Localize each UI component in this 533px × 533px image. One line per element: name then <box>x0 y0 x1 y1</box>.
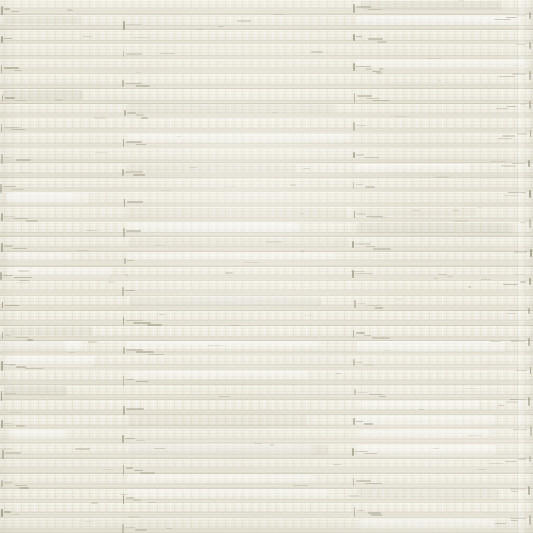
dull-pile-patch <box>125 208 347 218</box>
stitch-running-thread <box>11 189 24 190</box>
chenille-pile-band <box>0 355 533 363</box>
slub-thread <box>336 373 341 374</box>
fabric-rib-row <box>0 30 533 45</box>
slub-thread <box>273 14 284 15</box>
stitch-running-thread <box>134 470 143 471</box>
slub-thread <box>438 80 441 81</box>
slub-thread <box>166 528 171 529</box>
stitch-running-thread <box>4 67 19 68</box>
slub-thread <box>299 213 304 214</box>
stitch-running-thread <box>357 392 368 393</box>
slub-thread <box>435 473 439 474</box>
stitch-mark <box>1 36 3 44</box>
fabric-rib-row <box>0 252 533 267</box>
stitch-mark <box>124 199 126 207</box>
stitch-running-thread <box>148 354 164 355</box>
fabric-rib-row <box>0 267 533 282</box>
stitch-running-thread <box>502 135 515 136</box>
stitch-running-thread <box>136 144 146 145</box>
stitch-running-thread <box>4 8 10 9</box>
stitch-running-thread <box>136 351 154 352</box>
stitch-running-thread <box>356 362 362 363</box>
stitch-running-thread <box>4 127 20 128</box>
stitch-running-thread <box>125 83 142 84</box>
stitch-mark <box>2 332 4 339</box>
slub-thread <box>290 184 297 186</box>
stitch-running-thread <box>14 277 32 278</box>
stitch-running-thread <box>126 379 134 380</box>
fabric-rib-row <box>0 503 533 518</box>
bright-pile-patch <box>130 371 306 379</box>
slub-thread <box>76 250 89 251</box>
chenille-pile-band <box>0 74 533 84</box>
slub-thread <box>244 262 259 263</box>
stitch-running-thread <box>11 11 18 12</box>
stitch-running-thread <box>366 216 383 217</box>
slub-thread <box>160 53 176 54</box>
stitch-mark <box>123 465 125 475</box>
slub-thread <box>481 279 491 280</box>
stitch-running-thread <box>126 53 143 54</box>
stitch-mark <box>354 507 356 517</box>
slub-thread <box>468 435 482 436</box>
stitch-running-thread <box>364 453 377 454</box>
bright-pile-patch <box>357 415 494 426</box>
bright-pile-patch <box>4 356 94 367</box>
stitch-running-thread <box>26 220 38 221</box>
stitch-running-thread <box>125 438 135 439</box>
stitch-running-thread <box>126 24 142 25</box>
dull-pile-patch <box>128 415 307 426</box>
slub-thread <box>434 278 439 279</box>
chenille-pile-band <box>0 0 533 8</box>
slub-thread <box>208 345 224 346</box>
chenille-pile-band <box>0 444 533 453</box>
stitch-mark <box>1 154 3 164</box>
chenille-pile-band <box>0 415 533 426</box>
stitch-running-thread <box>357 303 366 304</box>
stitch-mark <box>354 93 356 103</box>
slub-thread <box>75 448 90 450</box>
stitch-running-thread <box>19 280 30 281</box>
stitch-mark <box>0 184 2 193</box>
fabric-rib-row <box>0 429 533 444</box>
slub-thread <box>438 274 447 275</box>
slub-thread <box>154 448 165 449</box>
stitch-running-thread <box>148 502 156 503</box>
slub-thread <box>333 464 341 465</box>
stitch-running-thread <box>136 85 150 86</box>
chenille-pile-band <box>0 133 533 142</box>
bright-pile-patch <box>357 341 505 352</box>
stitch-mark <box>353 34 355 41</box>
stitch-running-thread <box>126 320 143 321</box>
stitch-mark <box>123 139 125 146</box>
chenille-pile-band <box>0 192 533 203</box>
bright-pile-patch <box>127 445 313 455</box>
bright-pile-patch <box>128 134 349 143</box>
stitch-running-thread <box>373 100 389 101</box>
chenille-pile-band <box>0 459 533 467</box>
stitch-running-thread <box>3 275 13 276</box>
chenille-pile-band <box>0 326 533 336</box>
slub-thread <box>84 521 93 522</box>
stitch-mark <box>530 367 532 374</box>
fabric-rib-row <box>0 222 533 237</box>
stitch-running-thread <box>126 408 144 409</box>
slub-thread <box>218 26 223 27</box>
slub-thread <box>103 469 115 470</box>
stitch-running-thread <box>15 337 29 338</box>
bright-pile-patch <box>356 16 519 26</box>
stitch-running-thread <box>506 17 517 18</box>
stitch-mark <box>529 190 531 198</box>
fabric-swatch-photo <box>0 0 533 533</box>
dull-pile-patch <box>129 297 320 306</box>
stitch-running-thread <box>4 423 12 424</box>
chenille-pile-band <box>0 385 533 394</box>
dull-pile-patch <box>361 1 502 11</box>
slub-thread <box>395 116 408 117</box>
slub-thread <box>69 352 74 353</box>
slub-thread <box>94 117 105 119</box>
dull-pile-patch <box>5 16 81 24</box>
stitch-running-thread <box>364 335 371 336</box>
chenille-pile-band <box>0 267 533 276</box>
dull-pile-patch <box>356 489 500 497</box>
stitch-running-thread <box>136 114 143 115</box>
fabric-rib-row <box>0 59 533 74</box>
bright-pile-patch <box>127 475 314 484</box>
dull-pile-patch <box>4 386 67 396</box>
stitch-running-thread <box>372 337 390 338</box>
stitch-running-thread <box>11 129 25 130</box>
slub-thread <box>301 250 305 251</box>
dull-pile-patch <box>128 238 348 247</box>
bright-pile-patch <box>356 60 527 69</box>
slub-thread <box>153 245 165 246</box>
slub-thread <box>270 444 274 446</box>
chenille-pile-band <box>0 44 533 54</box>
stitch-mark <box>2 95 4 101</box>
fabric-rib-row <box>0 459 533 474</box>
slub-thread <box>197 29 204 30</box>
stitch-mark <box>353 359 355 366</box>
slub-thread <box>134 37 150 38</box>
slub-thread <box>9 365 16 366</box>
stitch-running-thread <box>126 230 141 231</box>
stitch-running-thread <box>127 112 136 113</box>
stitch-running-thread <box>499 76 514 77</box>
fabric-rib-row <box>0 133 533 148</box>
stitch-running-thread <box>133 174 145 175</box>
chenille-pile-band <box>0 281 533 290</box>
stitch-mark <box>354 211 356 218</box>
stitch-running-thread <box>141 117 148 118</box>
stitch-mark <box>1 391 3 401</box>
fabric-rib-row <box>0 74 533 89</box>
stitch-mark <box>528 308 530 314</box>
stitch-running-thread <box>356 421 362 422</box>
stitch-mark <box>529 12 531 19</box>
stitch-running-thread <box>356 66 371 67</box>
slub-thread <box>67 9 73 11</box>
stitch-mark <box>123 495 125 505</box>
slub-thread <box>254 443 262 444</box>
slub-thread <box>293 485 308 486</box>
bright-pile-patch <box>127 341 321 349</box>
chenille-pile-band <box>0 237 533 246</box>
slub-thread <box>348 495 358 497</box>
slub-thread <box>272 112 277 113</box>
dull-pile-patch <box>128 445 327 455</box>
fabric-rib-row <box>0 0 533 15</box>
stitch-mark <box>353 122 355 131</box>
stitch-mark <box>352 241 354 248</box>
slub-thread <box>490 341 501 342</box>
slub-thread <box>217 62 223 63</box>
lighting-sheen-layer <box>0 0 533 533</box>
dull-pile-patch <box>126 104 335 112</box>
chenille-pile-band <box>0 148 533 159</box>
stitch-mark <box>528 160 530 167</box>
stitch-mark <box>123 406 125 415</box>
stitch-running-thread <box>375 307 383 308</box>
stitch-mark <box>529 515 531 525</box>
stitch-mark <box>529 456 531 462</box>
chenille-pile-band <box>0 311 533 320</box>
fabric-rib-row <box>0 326 533 341</box>
chenille-pile-band <box>0 30 533 41</box>
slub-thread <box>120 494 129 495</box>
stitch-running-thread <box>356 125 367 126</box>
stitch-running-thread <box>16 159 32 160</box>
slub-thread <box>1 425 14 426</box>
stitch-running-thread <box>368 512 381 513</box>
stitch-running-thread <box>355 243 371 244</box>
dull-pile-patch <box>126 164 296 172</box>
slub-threads-layer <box>0 0 533 533</box>
stitch-mark <box>530 426 532 435</box>
stitch-running-thread <box>498 405 505 406</box>
slub-thread <box>83 36 92 37</box>
stitch-running-thread <box>140 472 155 473</box>
slub-thread <box>16 282 30 283</box>
stitch-mark <box>123 376 125 385</box>
stitch-running-thread <box>15 100 26 101</box>
stitch-running-thread <box>133 322 151 323</box>
fabric-rib-row <box>0 118 533 133</box>
stitch-mark <box>529 219 531 228</box>
fabric-rib-row <box>0 370 533 385</box>
stitch-running-thread <box>368 9 382 10</box>
stitch-mark <box>2 450 4 459</box>
slub-thread <box>18 172 30 173</box>
stitch-running-thread <box>27 339 33 340</box>
stitch-running-thread <box>5 452 21 453</box>
stitch-running-thread <box>357 213 366 214</box>
slub-thread <box>189 167 197 168</box>
stitch-running-thread <box>507 106 516 107</box>
stitch-running-thread <box>357 95 372 96</box>
chenille-pile-band <box>0 296 533 305</box>
stitch-mark <box>530 130 532 137</box>
fabric-rib-row <box>0 474 533 489</box>
slub-thread <box>230 186 234 187</box>
chenille-pile-band <box>0 15 533 25</box>
bright-pile-patch <box>127 223 297 232</box>
fabric-rib-row <box>0 15 533 30</box>
stitch-running-thread <box>366 98 379 99</box>
slub-thread <box>218 396 229 397</box>
bright-pile-patch <box>356 164 470 173</box>
stitch-running-thread <box>356 154 364 155</box>
stitch-mark <box>1 213 3 220</box>
slub-thread <box>86 230 97 231</box>
slub-thread <box>453 210 459 211</box>
stitch-running-thread <box>4 482 12 483</box>
stitch-mark <box>528 397 530 406</box>
slub-thread <box>477 207 482 208</box>
stitch-mark <box>354 389 356 396</box>
bright-pile-patch <box>360 519 494 530</box>
stitch-running-thread <box>125 171 143 172</box>
stitch-running-thread <box>16 425 25 426</box>
stitch-running-thread <box>3 186 16 187</box>
stitch-running-thread <box>357 510 364 511</box>
slub-thread <box>266 241 282 243</box>
fabric-rib-row <box>0 341 533 356</box>
stitch-mark <box>122 524 124 533</box>
slub-thread <box>351 271 365 272</box>
chenille-pile-band <box>0 252 533 260</box>
stitch-mark <box>123 21 125 30</box>
chenille-pile-band <box>0 474 533 484</box>
stitch-mark <box>353 63 355 71</box>
fine-speckle-noise <box>0 0 533 533</box>
stitch-running-thread <box>356 184 364 185</box>
stitch-running-thread <box>5 335 12 336</box>
chenille-pile-band <box>0 163 533 173</box>
stitch-running-thread <box>126 141 142 142</box>
stitch-mark <box>353 4 355 13</box>
fabric-rib-row <box>0 518 533 533</box>
stitch-running-thread <box>489 463 503 464</box>
stitch-mark <box>0 272 2 279</box>
stitch-running-thread <box>365 483 382 484</box>
fabric-rib-row <box>0 178 533 193</box>
slub-thread <box>435 176 449 178</box>
stitch-mark <box>528 338 530 346</box>
stitch-mark <box>353 152 355 158</box>
stitch-running-thread <box>12 248 27 249</box>
dull-pile-patch <box>356 223 513 233</box>
stitch-mark <box>122 287 124 296</box>
weave-thread-lines-layer <box>0 0 533 533</box>
chenille-pile-band <box>0 341 533 352</box>
slub-thread <box>125 274 128 276</box>
slub-thread <box>364 364 373 365</box>
stitch-running-thread <box>496 108 508 109</box>
bright-pile-patch <box>6 341 81 349</box>
fabric-rib-row <box>0 192 533 207</box>
stitch-mark <box>353 418 355 424</box>
stitch-mark <box>1 420 3 427</box>
fabric-rib-row <box>0 385 533 400</box>
slub-thread <box>95 152 106 153</box>
bright-pile-patch <box>4 341 83 351</box>
chenille-pile-band <box>0 503 533 511</box>
slub-thread <box>10 412 22 413</box>
bright-pile-patch <box>6 193 89 204</box>
stitch-mark <box>528 486 530 495</box>
slub-thread <box>458 0 464 1</box>
stitch-mark <box>122 80 124 86</box>
slub-thread <box>379 68 383 70</box>
stitch-running-thread <box>364 423 372 424</box>
chenille-patches-layer <box>0 0 533 533</box>
stitch-running-thread <box>4 364 15 365</box>
slub-thread <box>311 51 322 53</box>
fabric-rib-row <box>0 311 533 326</box>
stitch-running-thread <box>4 216 15 217</box>
stitch-running-thread <box>147 324 162 325</box>
slub-thread <box>466 388 477 389</box>
stitch-mark <box>352 448 354 456</box>
fabric-rib-row <box>0 415 533 430</box>
fabric-rib-row <box>0 148 533 163</box>
slub-thread <box>397 299 401 300</box>
stitch-mark <box>123 51 125 58</box>
chenille-pile-band <box>0 178 533 188</box>
stitch-running-thread <box>495 523 505 524</box>
slub-thread <box>177 136 180 137</box>
stitch-running-thread <box>135 529 147 530</box>
fabric-rib-row <box>0 104 533 119</box>
stitch-running-thread <box>125 527 135 528</box>
stitch-running-thread <box>127 260 134 261</box>
stitch-mark <box>1 124 3 131</box>
slub-thread <box>162 190 171 191</box>
stitch-mark <box>123 347 125 355</box>
stitch-running-thread <box>125 290 135 291</box>
stitch-running-thread <box>4 157 11 158</box>
stitch-mark <box>1 65 3 73</box>
stitch-mark <box>353 478 355 486</box>
dull-pile-patch <box>355 208 477 216</box>
stitch-running-thread <box>507 313 517 314</box>
fabric-rib-row <box>0 237 533 252</box>
stitch-running-thread <box>5 305 19 306</box>
stitch-running-thread <box>14 70 22 71</box>
slub-thread <box>376 72 382 74</box>
fabric-rib-row <box>0 444 533 459</box>
stitch-mark <box>1 480 3 487</box>
stitch-running-thread <box>356 332 365 333</box>
fabric-rib-row <box>0 489 533 504</box>
slub-thread <box>433 448 439 449</box>
stitch-running-thread <box>4 245 13 246</box>
chenille-pile-band <box>0 104 533 114</box>
slub-thread <box>231 325 239 326</box>
slub-thread <box>108 281 114 282</box>
fabric-rib-row <box>0 281 533 296</box>
slub-thread <box>88 341 97 343</box>
chenille-pile-band <box>0 489 533 500</box>
stitch-running-thread <box>127 201 143 202</box>
stitch-running-thread <box>136 381 149 382</box>
bright-pile-patch <box>127 297 320 305</box>
